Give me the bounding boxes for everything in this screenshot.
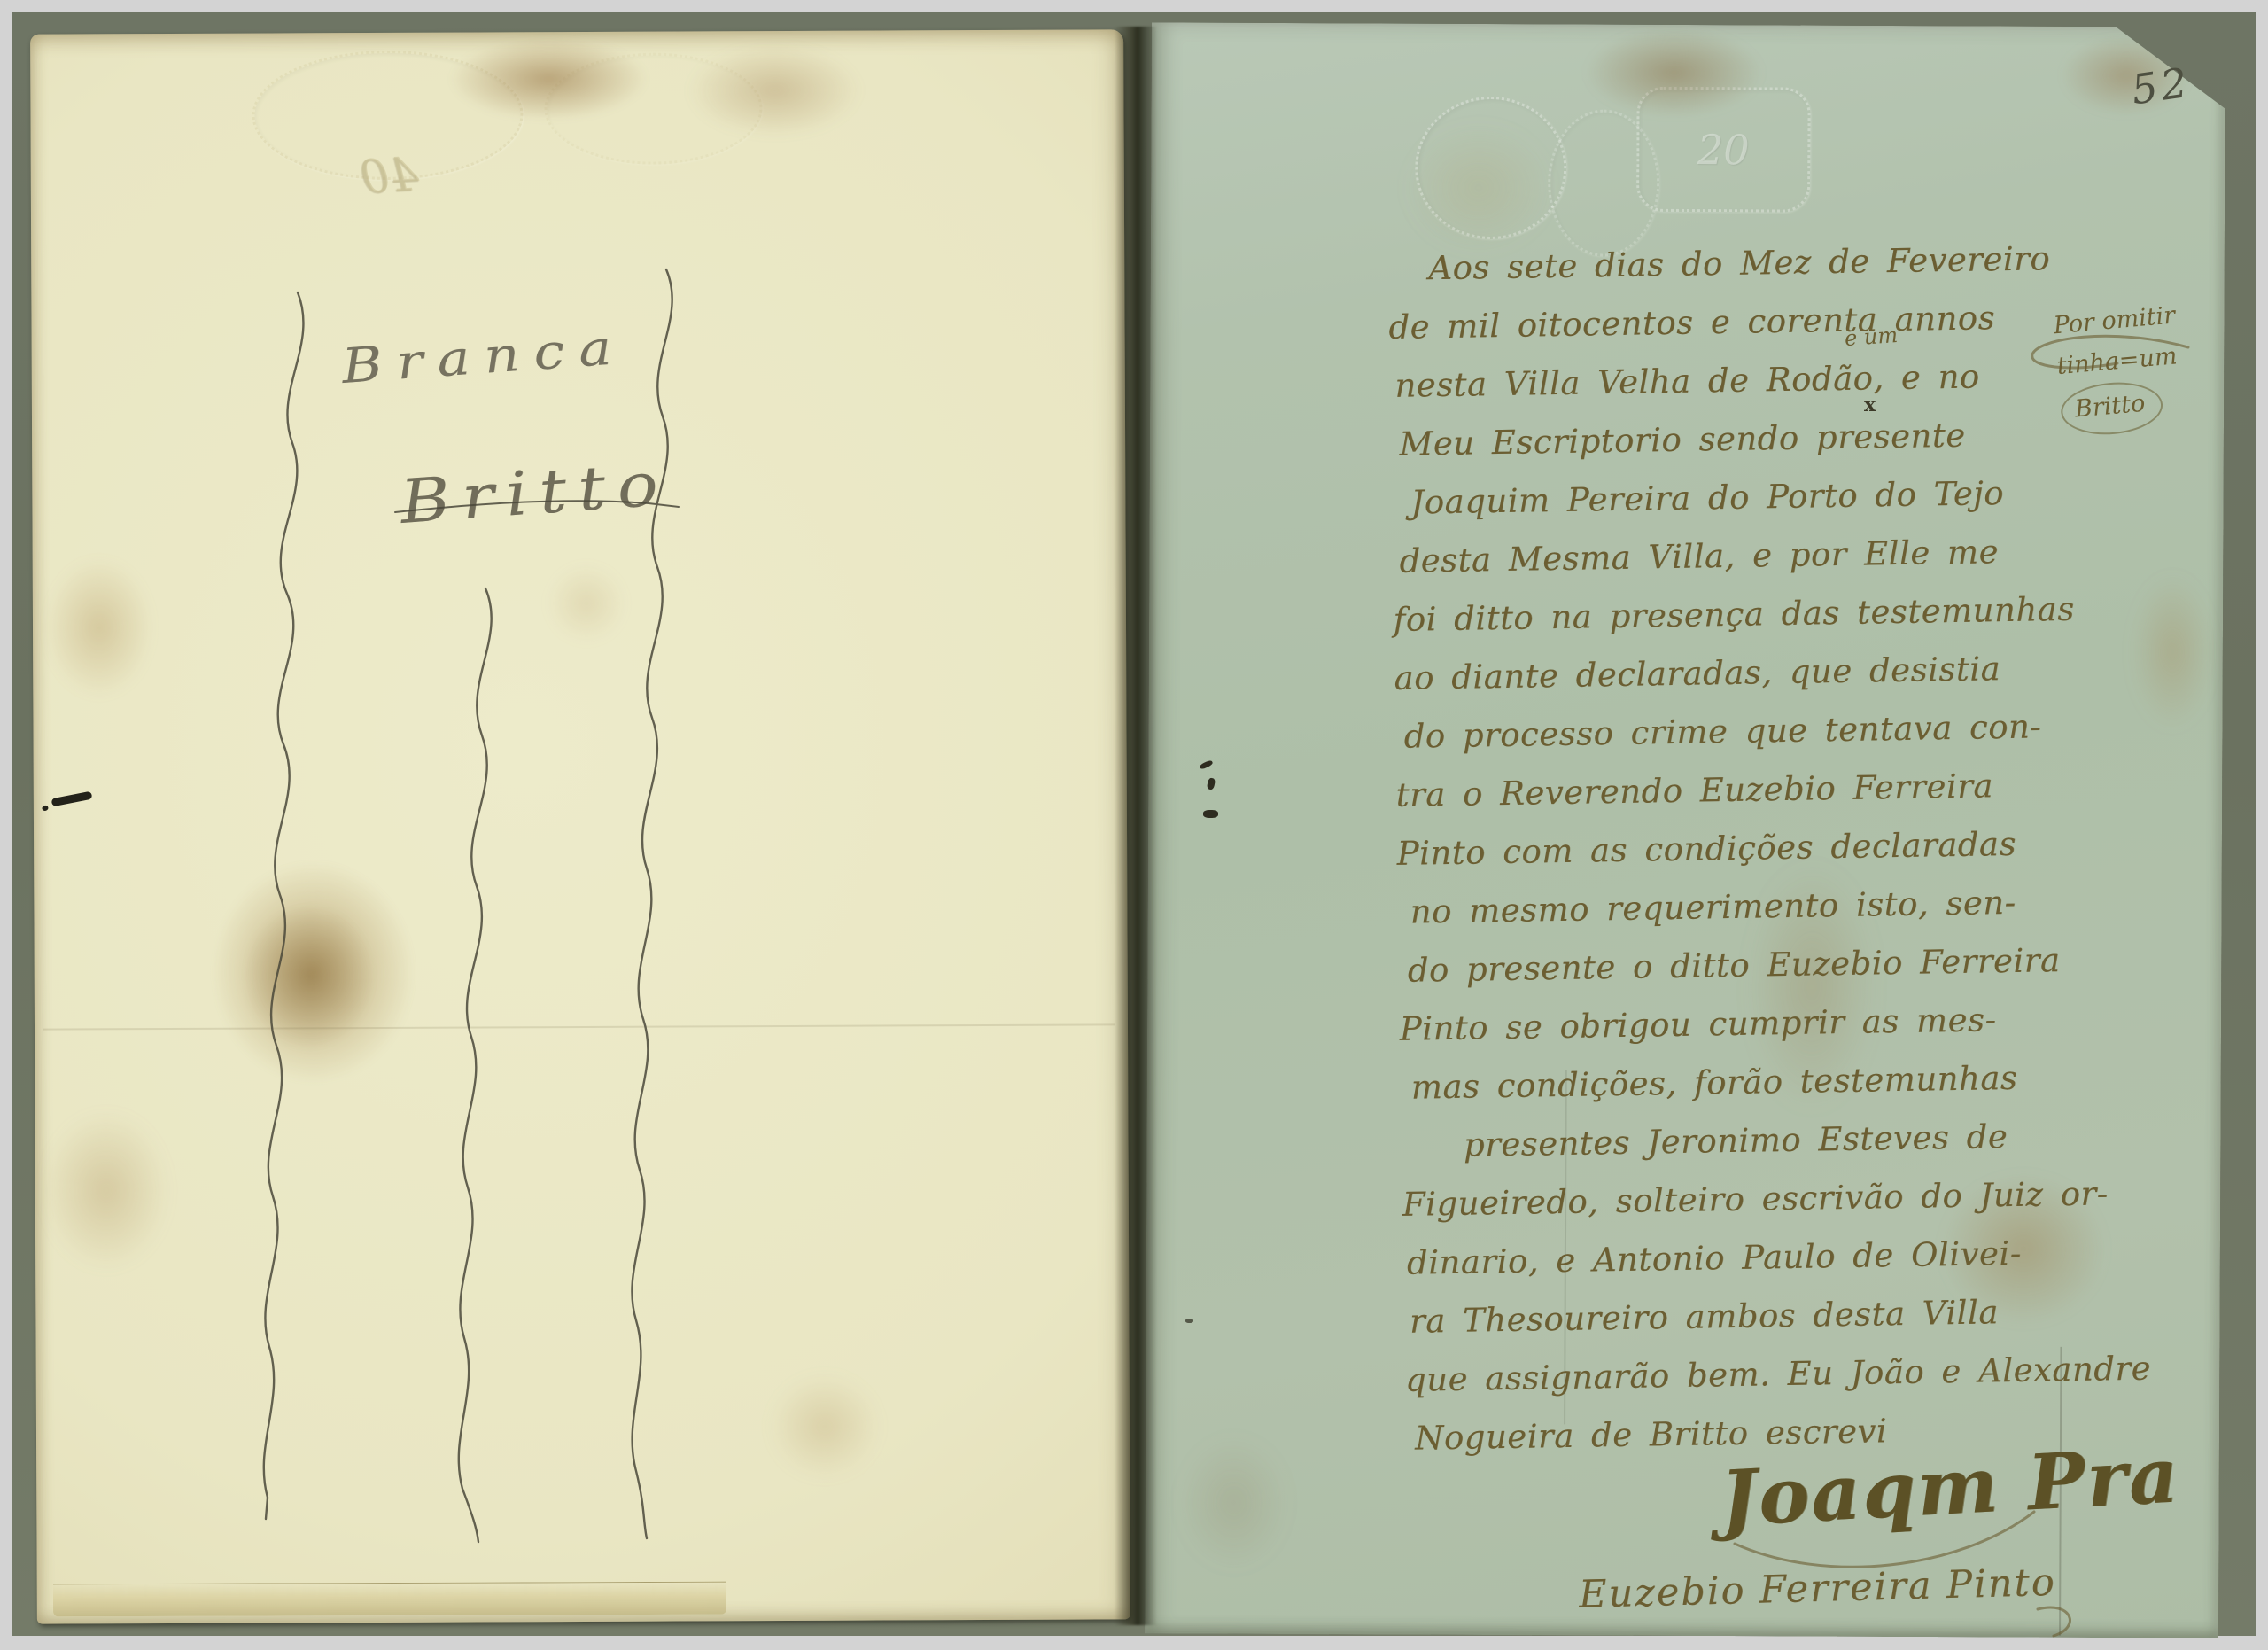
manuscript-line: Aos sete dias do Mez de Fevereiro (1428, 238, 2132, 307)
ink-speck (1203, 810, 1218, 818)
ink-speck (1185, 1319, 1193, 1323)
margin-note: Por omitir tinha=um Britto (2052, 290, 2249, 439)
under-sheet-edge (53, 1582, 726, 1617)
left-page: 40 (30, 29, 1130, 1623)
embossed-seal-crest (1548, 109, 1660, 257)
stain (1550, 10, 1798, 135)
stain (411, 20, 687, 136)
stain (175, 821, 451, 1124)
stain (17, 1079, 195, 1302)
stain (24, 530, 175, 726)
embossed-seal-circle (1415, 97, 1567, 240)
stain (650, 23, 899, 157)
embossed-stamp-plate: 20 (1636, 87, 1811, 213)
embossed-stamp-value-40: 40 (359, 148, 420, 205)
stain (745, 1350, 905, 1502)
interlinear-insertion: e um (1844, 323, 1899, 351)
scanned-manuscript-spread: 40 Branca Britto 20 (0, 0, 2268, 1650)
margin-note-signature: Britto (2059, 378, 2165, 439)
book-gutter-shadow (1115, 27, 1157, 1625)
paper-crease (43, 1023, 1115, 1030)
stain (1153, 1405, 1314, 1600)
embossed-seal-left-secondary (544, 52, 763, 165)
page-number: 52 (2129, 58, 2194, 114)
manuscript-line: presentes Jeronimo Esteves de (1464, 1116, 2147, 1185)
manuscript-text-block: Aos sete dias do Mez de Fevereiro de mil… (1387, 238, 2151, 1478)
insertion-caret-mark: x (1864, 393, 1876, 416)
stain (215, 875, 402, 1079)
stain (529, 546, 645, 662)
embossed-stamp-value-20: 20 (1697, 126, 1750, 174)
